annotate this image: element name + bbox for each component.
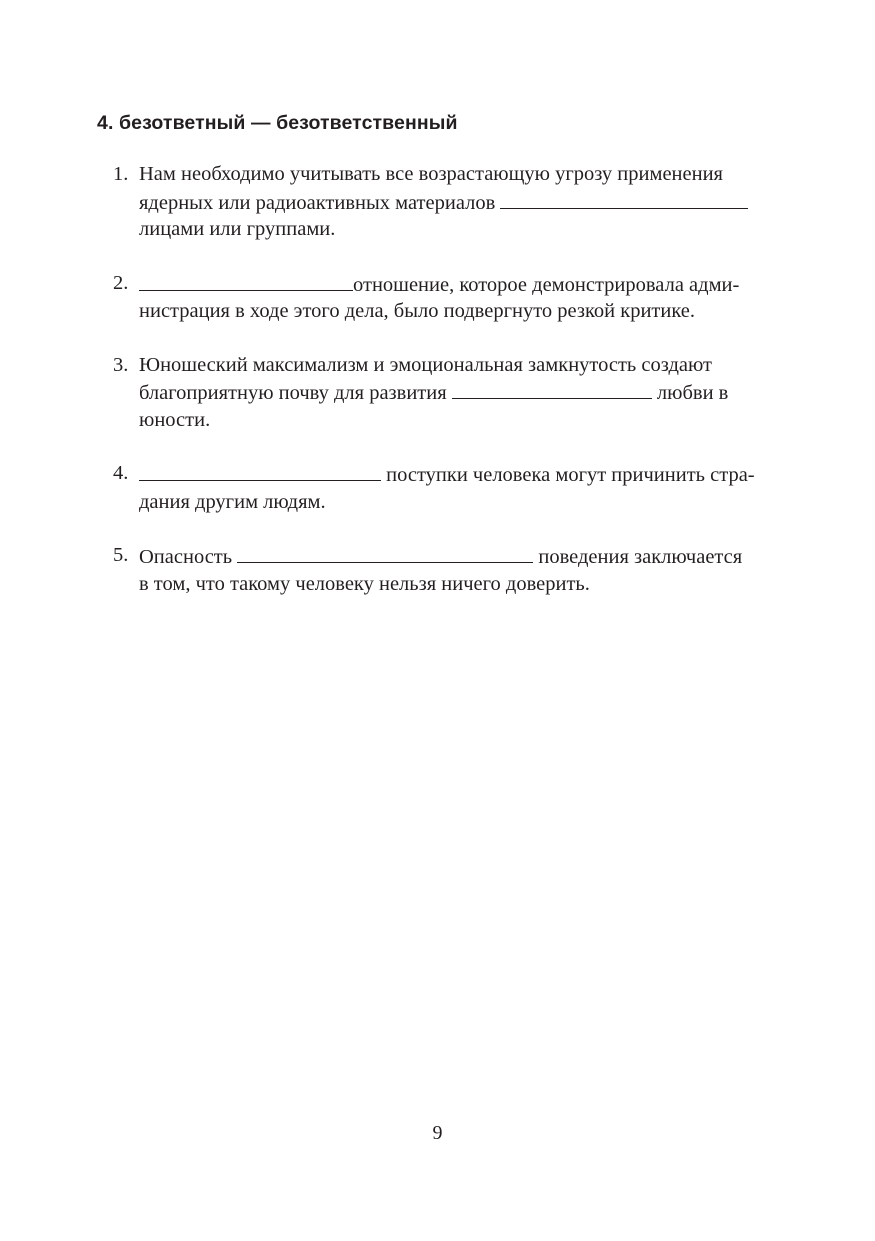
item-text-line: в том, что такому человеку нельзя ничего… (139, 571, 777, 598)
answer-blank[interactable] (237, 542, 533, 563)
item-text-line: лицами или группами. (139, 216, 777, 243)
exercise-item-3: 3. Юношеский максимализм и эмоциональная… (113, 352, 777, 434)
section-number: 4. (97, 112, 113, 134)
item-text-line: Юношеский максимализм и эмоциональная за… (139, 352, 777, 379)
item-text-line: ядерных или радиоактивных материалов (139, 188, 777, 217)
section-heading: 4. безответный — безответственный (97, 112, 458, 135)
section-title: безответный — безответственный (119, 112, 458, 134)
item-text-line: нистрация в ходе этого дела, было подвер… (139, 298, 777, 325)
answer-blank[interactable] (139, 460, 381, 481)
item-number: 1. (113, 161, 128, 188)
answer-blank[interactable] (500, 188, 748, 209)
exercise-item-1: 1. Нам необходимо учитывать все возраста… (113, 161, 777, 243)
page-number: 9 (0, 1122, 875, 1145)
answer-blank[interactable] (139, 270, 353, 291)
item-number: 2. (113, 270, 128, 297)
item-number: 3. (113, 352, 128, 379)
exercise-item-2: 2. отношение, которое демонстрировала ад… (113, 270, 777, 325)
item-text-line: благоприятную почву для развития любви в (139, 378, 777, 407)
exercise-list: 1. Нам необходимо учитывать все возраста… (113, 161, 777, 624)
item-text-line: дания другим людям. (139, 489, 777, 516)
item-text-line: Опасность поведения заключается (139, 542, 777, 571)
item-number: 4. (113, 460, 128, 487)
exercise-item-4: 4. поступки человека могут причинить стр… (113, 460, 777, 515)
answer-blank[interactable] (452, 378, 652, 399)
item-number: 5. (113, 542, 128, 569)
item-text-line: Нам необходимо учитывать все возрастающу… (139, 161, 777, 188)
item-text-line: юности. (139, 407, 777, 434)
item-text-line: поступки человека могут причинить стра- (139, 460, 777, 489)
exercise-item-5: 5. Опасность поведения заключается в том… (113, 542, 777, 597)
item-text-line: отношение, которое демонстрировала адми- (139, 270, 777, 299)
